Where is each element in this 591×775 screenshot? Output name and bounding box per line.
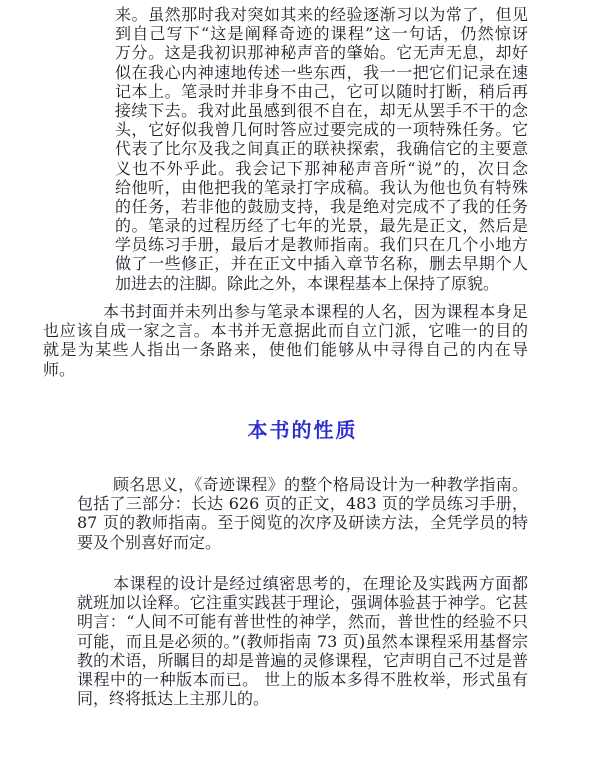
text-line: 要及个别喜好而定。 [77, 533, 528, 552]
text-line: 记本上。笔录时并非身不由己，它可以随时打断，稍后再 [115, 82, 528, 101]
text-line: 头，它好似我曾几何时答应过要完成的一项特殊任务。它 [115, 120, 528, 139]
document-page: 来。虽然那时我对突如其来的经验逐渐习以为常了，但见到自己写下“这是阐释奇迹的课程… [0, 0, 591, 775]
text-line: 的。笔录的过程历经了七年的光景，最先是正文，然后是 [115, 216, 528, 235]
text-line: 本书封面并未列出参与笔录本课程的人名，因为课程本身足以 [43, 302, 528, 321]
text-line: 可能，而且是必须的。”(教师指南 73 页)虽然本课程采用基督宗 [77, 632, 528, 651]
paragraph-book-structure: 顾名思义，《奇迹课程》的整个格局设计为一种教学指南。它包括了三部分：长达 626… [77, 475, 528, 552]
text-line: 义也不外乎此。我会记下那神秘声音所“说”的，次日念 [115, 159, 528, 178]
text-line: 就是为某些人指出一条路来，使他们能够从中寻得自己的内在导 [43, 340, 528, 359]
text-line: 顾名思义，《奇迹课程》的整个格局设计为一种教学指南。它 [77, 475, 528, 494]
text-line: 同，终将抵达上主那儿的。 [77, 689, 528, 708]
text-line: 课程中的一种版本而已。 世上的版本多得不胜枚举，形式虽有不 [77, 670, 528, 689]
text-line: 教的术语，所瞩目的却是普遍的灵修课程，它声明自己不过是普世 [77, 651, 528, 670]
paragraph-course-design: 本课程的设计是经过缜密思考的，在理论及实践两方面都按部就班加以诠释。它注重实践甚… [77, 574, 528, 708]
text-line: 到自己写下“这是阐释奇迹的课程”这一句话，仍然惊讶 [115, 24, 528, 43]
paragraph-authorship-note: 本书封面并未列出参与笔录本课程的人名，因为课程本身足以也应该自成一家之言。本书并… [43, 302, 528, 379]
text-line: 的任务，若非他的鼓励支持，我是绝对完成不了我的任务 [115, 197, 528, 216]
text-line: 接续下去。我对此虽感到很不自在，却无从罢手不干的念 [115, 101, 528, 120]
text-line: 学员练习手册，最后才是教师指南。我们只在几个小地方 [115, 235, 528, 254]
text-line: 万分。这是我初识那神秘声音的肇始。它无声无息，却好 [115, 43, 528, 62]
text-line: 来。虽然那时我对突如其来的经验逐渐习以为常了，但见 [115, 5, 528, 24]
text-line: 就班加以诠释。它注重实践甚于理论，强调体验甚于神学。它甚至 [77, 593, 528, 612]
text-line: 似在我心内神速地传述一些东西，我一一把它们记录在速 [115, 63, 528, 82]
text-line: 做了一些修正，并在正文中插入章节名称，删去早期个人 [115, 254, 528, 273]
text-line: 加进去的注脚。除此之外，本课程基本上保持了原貌。 [115, 274, 528, 293]
text-line: 明言：“人间不可能有普世性的神学，然而，普世性的经验不只是 [77, 612, 528, 631]
paragraph-continuation: 来。虽然那时我对突如其来的经验逐渐习以为常了，但见到自己写下“这是阐释奇迹的课程… [115, 5, 528, 293]
text-line: 给他听，由他把我的笔录打字成稿。我认为他也负有特殊 [115, 178, 528, 197]
text-line: 87 页的教师指南。至于阅览的次序及研读方法，全凭学员的特殊需 [77, 513, 528, 532]
text-line: 代表了比尔及我之间真正的联袂探索，我确信它的主要意 [115, 139, 528, 158]
text-line: 包括了三部分：长达 626 页的正文，483 页的学员练习手册，以及 [77, 494, 528, 513]
text-line: 本课程的设计是经过缜密思考的，在理论及实践两方面都按部 [77, 574, 528, 593]
text-line: 师。 [43, 360, 528, 379]
text-line: 也应该自成一家之言。本书并无意据此而自立门派，它唯一的目的 [43, 321, 528, 340]
section-heading: 本书的性质 [77, 417, 528, 443]
